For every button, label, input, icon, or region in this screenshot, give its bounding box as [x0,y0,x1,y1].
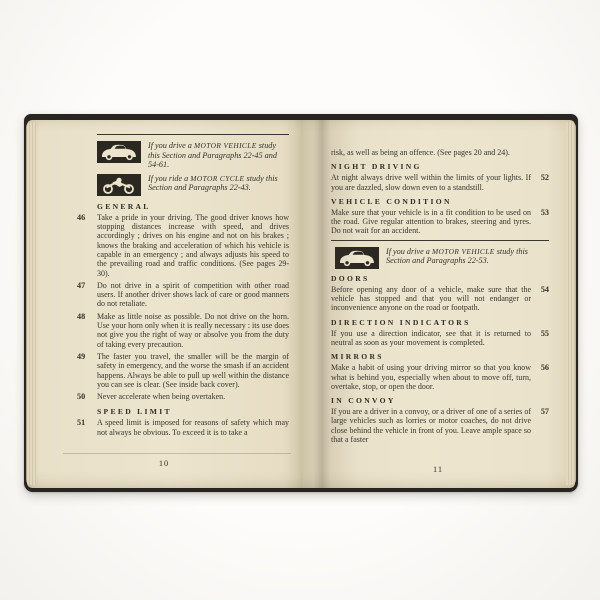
section-heading-speed-limit: SPEED LIMIT [97,407,289,416]
paragraph-46: 46 Take a pride in your driving. The goo… [77,213,289,278]
paragraph-number: 56 [541,363,549,372]
section-heading-general: GENERAL [97,202,289,211]
paragraph-number: 47 [77,281,93,309]
section-heading-night-driving: NIGHT DRIVING [331,162,549,171]
paragraph-56: Make a habit of using your driving mirro… [331,363,549,391]
paragraph-text: Take a pride in your driving. The good d… [97,213,289,278]
paragraph-text: The faster you travel, the smaller will … [97,352,289,389]
motor-cycle-notice: If you ride a MOTOR CYCLE study this Sec… [97,174,289,196]
page-number-right: 11 [301,465,575,474]
page-crease [63,453,291,454]
paragraph-number: 48 [77,312,93,349]
paragraph-47: 47 Do not drive in a spirit of competiti… [77,281,289,309]
paragraph-number: 55 [541,329,549,338]
section-heading-vehicle-condition: VEHICLE CONDITION [331,197,549,206]
notice-text: If you drive a MOTOR VEHICLE study this … [386,247,531,266]
paragraph-number: 51 [77,418,93,437]
section-heading-mirrors: MIRRORS [331,352,549,361]
paragraph-49: 49 The faster you travel, the smaller wi… [77,352,289,389]
paragraph-number: 53 [541,208,549,217]
paragraph-text: If you are a driver in a convoy, or a dr… [331,407,531,444]
notice-text: If you ride a MOTOR CYCLE study this Sec… [148,174,289,193]
paragraph-text: Never accelerate when being overtaken. [97,392,289,401]
paragraph-number: 54 [541,285,549,294]
paragraph-number: 50 [77,392,93,401]
booklet: If you drive a MOTOR VEHICLE study this … [24,114,578,492]
paragraph-text: At night always drive well within the li… [331,173,531,192]
notice-top-rule [97,134,289,135]
paragraph-text: Make as little noise as possible. Do not… [97,312,289,349]
paragraph-48: 48 Make as little noise as possible. Do … [77,312,289,349]
section-heading-direction-indicators: DIRECTION INDICATORS [331,318,549,327]
paragraph-text: Make sure that your vehicle is in a fit … [331,208,531,236]
motor-vehicle-icon [335,247,379,269]
motor-cycle-icon [97,174,141,196]
paragraph-text: A speed limit is imposed for reasons of … [97,418,289,437]
motor-vehicle-icon [97,141,141,163]
paragraph-50: 50 Never accelerate when being overtaken… [77,392,289,401]
open-pages: If you drive a MOTOR VEHICLE study this … [27,120,575,488]
paragraph-text: Before opening any door of a vehicle, ma… [331,285,531,313]
paragraph-57: If you are a driver in a convoy, or a dr… [331,407,549,444]
paragraph-54: Before opening any door of a vehicle, ma… [331,285,549,313]
paragraph-number: 46 [77,213,93,278]
notice-top-rule [331,240,549,241]
paragraph-52: At night always drive well within the li… [331,173,549,192]
section-heading-in-convoy: IN CONVOY [331,396,549,405]
paragraph-text: If you use a direction indicator, see th… [331,329,531,348]
paragraph-51: 51 A speed limit is imposed for reasons … [77,418,289,437]
page-left: If you drive a MOTOR VEHICLE study this … [27,120,301,488]
paragraph-number: 49 [77,352,93,389]
continuation-text: risk, as well as being an offence. (See … [331,148,549,157]
motor-vehicle-notice: If you drive a MOTOR VEHICLE study this … [335,247,549,269]
paragraph-text: Do not drive in a spirit of competition … [97,281,289,309]
page-number-left: 10 [27,459,301,468]
page-right: risk, as well as being an offence. (See … [301,120,575,488]
paragraph-text: Make a habit of using your driving mirro… [331,363,531,391]
motor-vehicle-notice: If you drive a MOTOR VEHICLE study this … [97,141,289,170]
paragraph-55: If you use a direction indicator, see th… [331,329,549,348]
paragraph-53: Make sure that your vehicle is in a fit … [331,208,549,236]
notice-text: If you drive a MOTOR VEHICLE study this … [148,141,289,170]
paragraph-number: 57 [541,407,549,416]
section-heading-doors: DOORS [331,274,549,283]
paragraph-number: 52 [541,173,549,182]
